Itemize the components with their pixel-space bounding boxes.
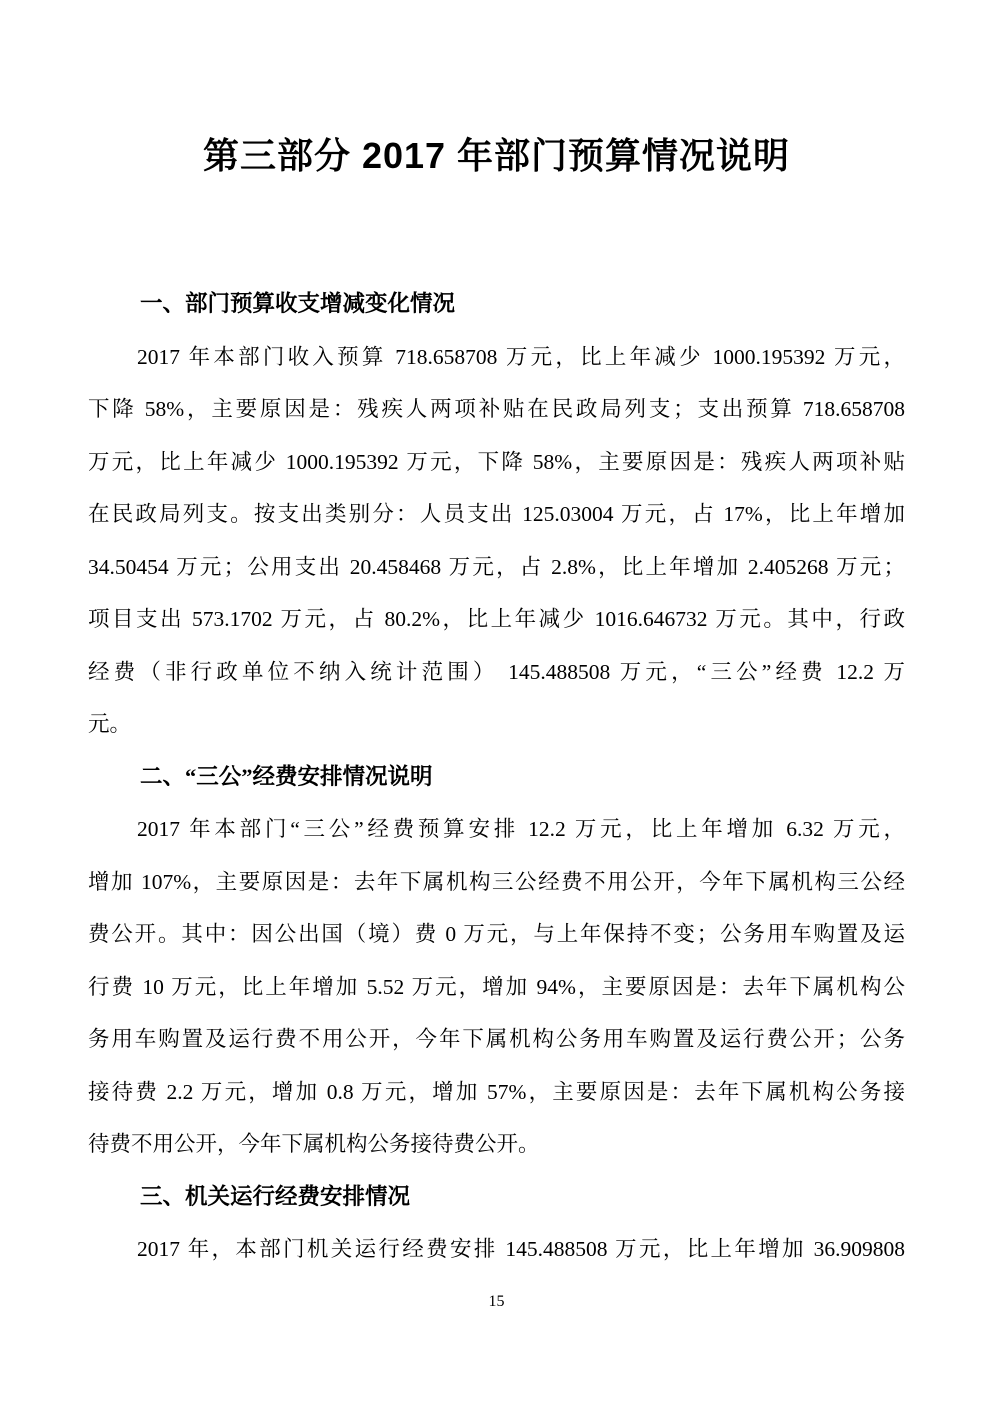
paragraph-line: 行费 10 万元，比上年增加 5.52 万元，增加 94%，主要原因是：去年下属…: [88, 961, 905, 1014]
paragraph-line: 在民政局列支。按支出类别分：人员支出 125.03004 万元，占 17%，比上…: [88, 488, 905, 541]
section-heading-2: 二、“三公”经费安排情况说明: [88, 751, 905, 804]
paragraph-line: 务用车购置及运行费不用公开，今年下属机构公务用车购置及运行费公开；公务: [88, 1013, 905, 1066]
paragraph-line: 经费（非行政单位不纳入统计范围） 145.488508 万元，“三公”经费 12…: [88, 646, 905, 699]
paragraph-line: 下降 58%，主要原因是：残疾人两项补贴在民政局列支；支出预算 718.6587…: [88, 383, 905, 436]
paragraph-line: 万元，比上年减少 1000.195392 万元，下降 58%，主要原因是：残疾人…: [88, 436, 905, 489]
page: 第三部分 2017 年部门预算情况说明 一、部门预算收支增减变化情况 2017 …: [0, 0, 992, 1403]
paragraph-line: 元。: [88, 698, 905, 751]
paragraph-line: 2017 年本部门收入预算 718.658708 万元，比上年减少 1000.1…: [88, 331, 905, 384]
paragraph-line: 2017 年本部门“三公”经费预算安排 12.2 万元，比上年增加 6.32 万…: [88, 803, 905, 856]
paragraph-line: 34.50454 万元；公用支出 20.458468 万元，占 2.8%，比上年…: [88, 541, 905, 594]
paragraph-line: 费公开。其中：因公出国（境）费 0 万元，与上年保持不变；公务用车购置及运: [88, 908, 905, 961]
paragraph-line: 接待费 2.2 万元，增加 0.8 万元，增加 57%，主要原因是：去年下属机构…: [88, 1066, 905, 1119]
page-content: 第三部分 2017 年部门预算情况说明 一、部门预算收支增减变化情况 2017 …: [0, 132, 992, 1312]
document-title: 第三部分 2017 年部门预算情况说明: [88, 132, 905, 179]
paragraph-line: 增加 107%，主要原因是：去年下属机构三公经费不用公开，今年下属机构三公经: [88, 856, 905, 909]
section-heading-3: 三、机关运行经费安排情况: [88, 1171, 905, 1224]
page-number: 15: [88, 1292, 905, 1312]
paragraph-line: 待费不用公开，今年下属机构公务接待费公开。: [88, 1118, 905, 1171]
paragraph-line: 2017 年，本部门机关运行经费安排 145.488508 万元，比上年增加 3…: [88, 1223, 905, 1276]
paragraph-line: 项目支出 573.1702 万元，占 80.2%，比上年减少 1016.6467…: [88, 593, 905, 646]
section-heading-1: 一、部门预算收支增减变化情况: [88, 278, 905, 331]
